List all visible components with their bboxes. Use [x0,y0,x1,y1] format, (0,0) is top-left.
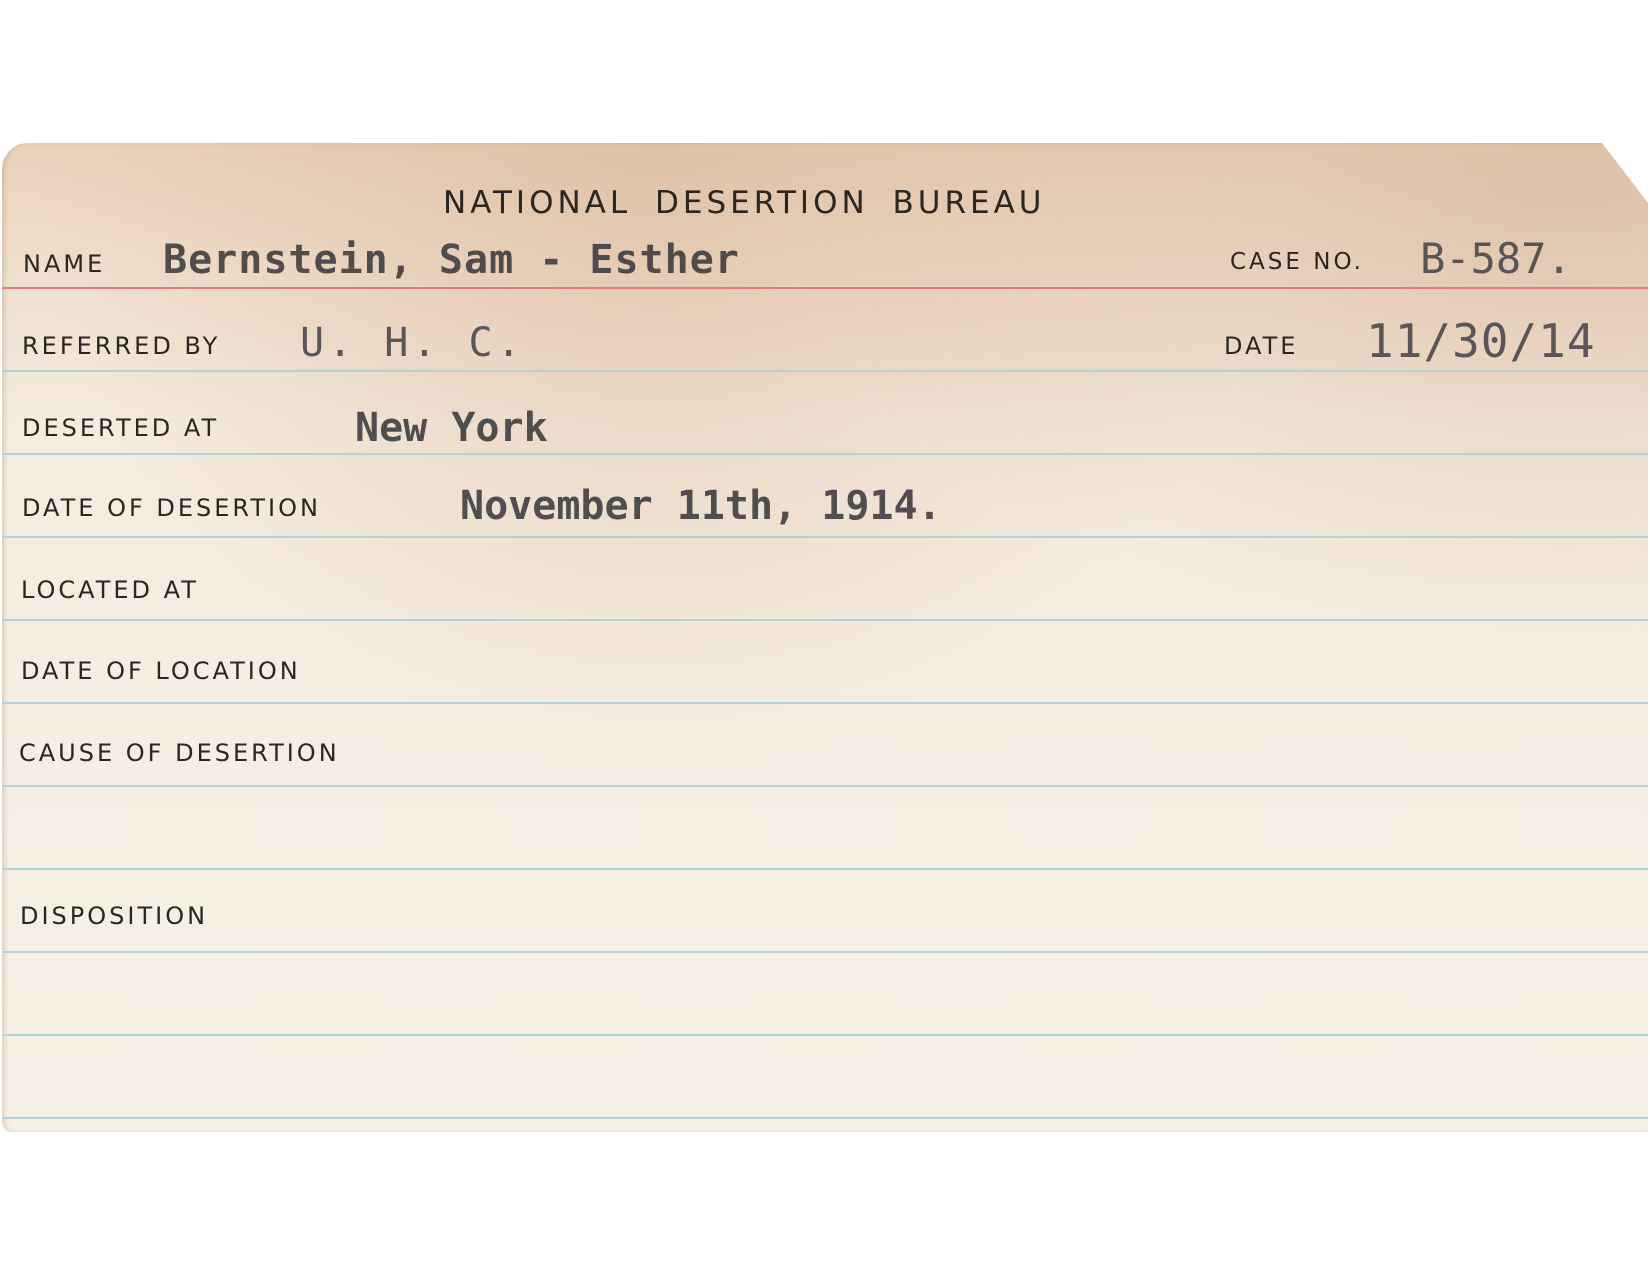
case-no-label: CASE No. [1230,249,1364,275]
blue-rule-line [2,951,1648,953]
located-at-label: LOCATED AT [21,576,199,604]
date-of-desertion-label: DATE OF DESERTION [22,494,321,522]
referred-by-value: U. H. C. [300,320,525,366]
blue-rule-line [2,536,1648,538]
blue-rule-line [2,1034,1648,1036]
card-title: NATIONAL DESERTION BUREAU [443,185,1046,221]
name-label: NAME [23,250,105,278]
referred-by-label: REFERRED BY [22,332,220,360]
disposition-label: DISPOSITION [20,902,208,930]
deserted-at-label: DESERTED AT [22,414,219,442]
blue-rule-line [2,619,1648,621]
name-value: Bernstein, Sam - Esther [163,237,740,283]
blue-rule-line [2,453,1648,455]
blue-rule-line [2,702,1648,704]
desertion-index-card [2,143,1648,1132]
blue-rule-line [2,868,1648,870]
blue-rule-line [2,370,1648,372]
date-of-location-label: DATE OF LOCATION [21,657,301,685]
date-value: 11/30/14 [1366,314,1596,368]
red-rule-line [2,287,1648,289]
case-no-value: B-587. [1420,234,1572,283]
blue-rule-line [2,785,1648,787]
cause-of-desertion-label: CAUSE OF DESERTION [19,739,340,767]
date-of-desertion-value: November 11th, 1914. [460,483,942,529]
blue-rule-line [2,1117,1648,1119]
deserted-at-value: New York [355,405,548,451]
date-label: DATE [1224,332,1298,360]
